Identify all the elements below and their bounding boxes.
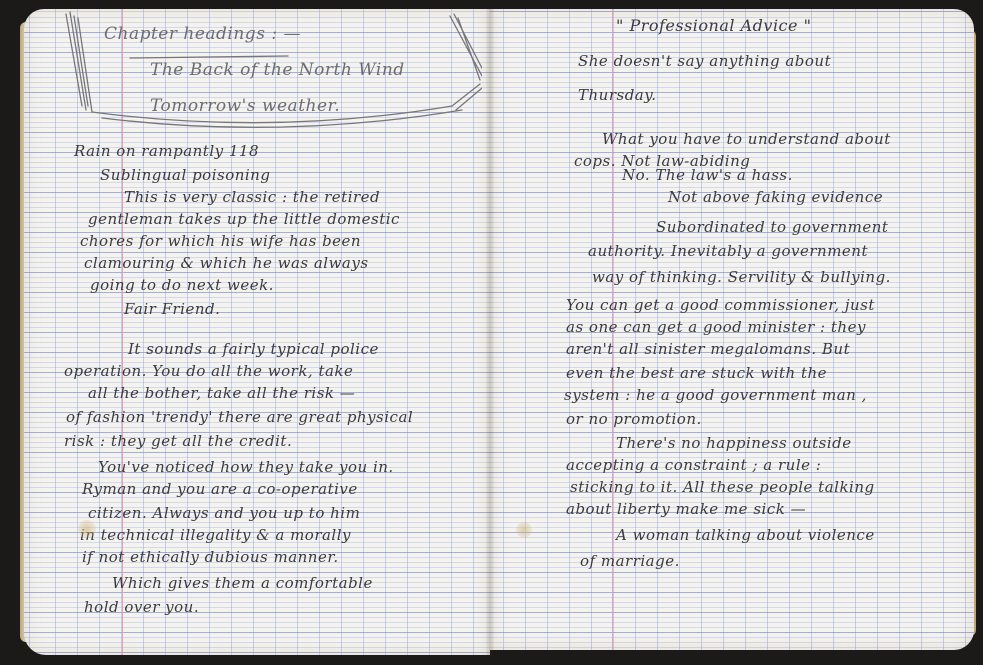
left-line-10: operation. You do all the work, take (64, 362, 353, 380)
right-line-20: A woman talking about violence (616, 526, 875, 544)
right-line-6: Not above faking evidence (668, 188, 883, 206)
right-line-2: Thursday. (578, 86, 657, 104)
right-line-13: even the best are stuck with the (566, 364, 827, 382)
right-page-title: " Professional Advice " (616, 16, 811, 35)
right-line-11: as one can get a good minister : they (566, 318, 866, 336)
right-line-21: of marriage. (580, 552, 680, 570)
left-line-1: Rain on rampantly 118 (74, 142, 259, 160)
left-line-8: Fair Friend. (124, 300, 220, 318)
heading-line-2: The Back of the North Wind (150, 60, 405, 80)
left-line-18: if not ethically dubious manner. (82, 548, 339, 566)
spine-gutter (486, 9, 494, 655)
heading-line-3: Tomorrow's weather. (150, 96, 340, 116)
notebook-spread: Chapter headings : — The Back of the Nor… (0, 0, 983, 665)
left-line-17: in technical illegality & a morally (80, 526, 351, 544)
right-line-1: She doesn't say anything about (578, 52, 831, 70)
right-line-12: aren't all sinister megalomans. But (566, 340, 850, 358)
right-line-14: system : he a good government man , (564, 386, 867, 404)
left-line-14: You've noticed how they take you in. (98, 458, 394, 476)
right-line-17: accepting a constraint ; a rule : (566, 456, 821, 474)
heading-line-1: Chapter headings : — (104, 24, 301, 44)
paper-stain (516, 522, 532, 538)
left-line-4: gentleman takes up the little domestic (88, 210, 400, 228)
left-line-2: Sublingual poisoning (100, 166, 270, 184)
right-line-18: sticking to it. All these people talking (570, 478, 875, 496)
right-line-3: What you have to understand about (602, 130, 891, 148)
left-line-5: chores for which his wife has been (80, 232, 361, 250)
left-line-19: Which gives them a comfortable (112, 574, 373, 592)
left-line-15: Ryman and you are a co-operative (82, 480, 358, 498)
right-line-5: No. The law's a hass. (622, 166, 793, 184)
left-line-3: This is very classic : the retired (124, 188, 380, 206)
right-line-16: There's no happiness outside (616, 434, 852, 452)
left-line-12: of fashion 'trendy' there are great phys… (66, 408, 413, 426)
left-line-9: It sounds a fairly typical police (128, 340, 379, 358)
left-line-13: risk : they get all the credit. (64, 432, 292, 450)
right-line-19: about liberty make me sick — (566, 500, 806, 518)
right-line-10: You can get a good commissioner, just (566, 296, 875, 314)
left-line-20: hold over you. (84, 598, 199, 616)
left-line-6: clamouring & which he was always (84, 254, 369, 272)
left-line-11: all the bother, take all the risk — (88, 384, 355, 402)
right-line-8: authority. Inevitably a government (588, 242, 868, 260)
right-line-7: Subordinated to government (656, 218, 888, 236)
right-line-15: or no promotion. (566, 410, 702, 428)
left-line-16: citizen. Always and you up to him (88, 504, 360, 522)
left-line-7: going to do next week. (90, 276, 274, 294)
right-line-9: way of thinking. Servility & bullying. (592, 268, 891, 286)
paper-stain (78, 520, 96, 538)
